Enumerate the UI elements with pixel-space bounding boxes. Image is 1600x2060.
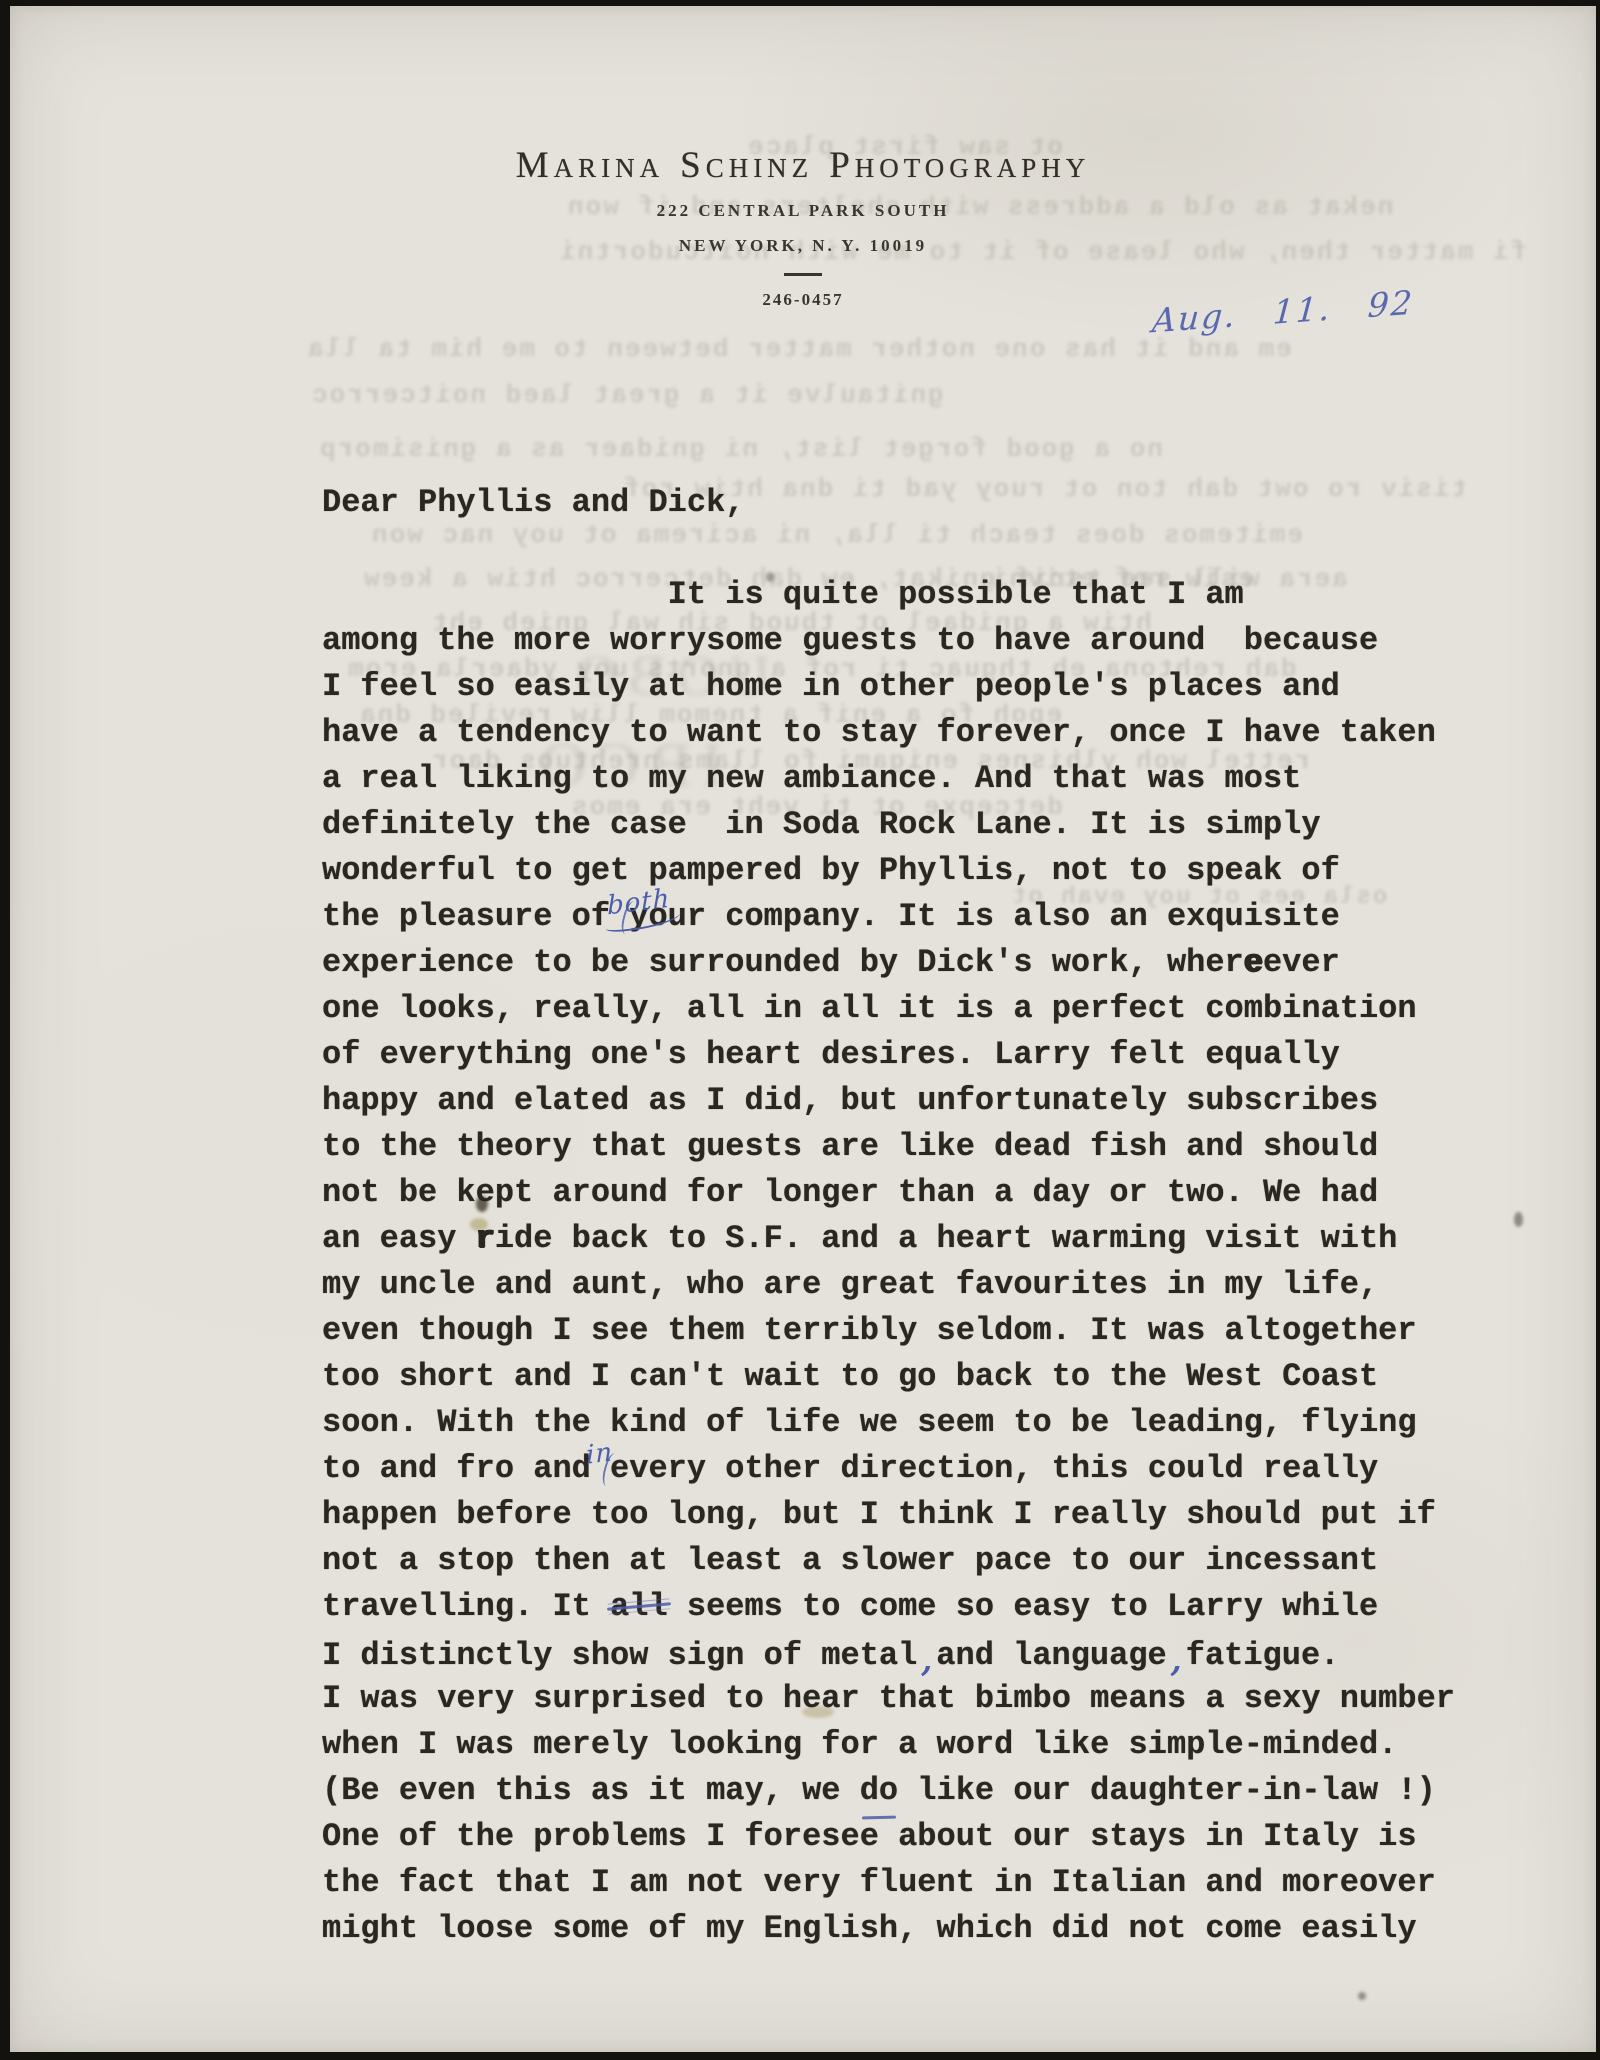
letter-line: to and fro and inevery other direction, … <box>322 1446 1552 1492</box>
typed-text: might loose some of my English, which di… <box>322 1910 1417 1947</box>
letterhead-divider <box>784 273 822 276</box>
letterhead-address-line1: 222 CENTRAL PARK SOUTH <box>10 201 1596 221</box>
letter-line: an easy ride back to S.F. and a heart wa… <box>322 1216 1552 1262</box>
letter-page: ot saw first placenekat as old a address… <box>10 6 1596 2052</box>
letter-line: I distinctly show sign of metal,and lang… <box>322 1630 1552 1676</box>
typed-text: and language <box>936 1637 1166 1674</box>
letterhead: MarinaSchinzPhotography 222 CENTRAL PARK… <box>10 144 1596 310</box>
letter-line: have a tendency to want to stay forever,… <box>322 710 1552 756</box>
underlined-word: do <box>860 1768 898 1814</box>
letter-line: definitely the case in Soda Rock Lane. I… <box>322 802 1552 848</box>
overstruck-char: e <box>1244 944 1263 981</box>
letter-line: (Be even this as it may, we do like our … <box>322 1768 1552 1814</box>
letter-line: my uncle and aunt, who are great favouri… <box>322 1262 1552 1308</box>
typed-text: among the more worrysome guests to have … <box>322 622 1378 659</box>
typed-text: like our daughter-in-law !) <box>898 1772 1436 1809</box>
letter-line: soon. With the kind of life we seem to b… <box>322 1400 1552 1446</box>
typed-text: soon. With the kind of life we seem to b… <box>322 1404 1417 1441</box>
handwritten-insertion: in <box>586 1429 614 1479</box>
letter-line: travelling. It all seems to come so easy… <box>322 1584 1552 1630</box>
typed-text: a real liking to my new ambiance. And th… <box>322 760 1301 797</box>
letterhead-address-line2: NEW YORK, N. Y. 10019 <box>10 236 1596 256</box>
typed-text: not a stop then at least a slower pace t… <box>322 1542 1378 1579</box>
letter-line: of everything one's heart desires. Larry… <box>322 1032 1552 1078</box>
overstruck-char: r <box>476 1220 495 1257</box>
bleed-through-line: tisiv ro owt dah ton ot ruoy yad ti dna … <box>622 474 1467 504</box>
letter-line: even though I see them terribly seldom. … <box>322 1308 1552 1354</box>
letterhead-title-word: Schinz <box>680 144 813 187</box>
letter-line: when I was merely looking for a word lik… <box>322 1722 1552 1768</box>
typed-text: seems to come so easy to Larry while <box>668 1588 1379 1625</box>
letter-line: the pleasure of bothyour company. It is … <box>322 894 1552 940</box>
letter-line: I feel so easily at home in other people… <box>322 664 1552 710</box>
typed-text: I was very surprised to hear that bimbo … <box>322 1680 1455 1717</box>
typed-text: I feel so easily at home in other people… <box>322 668 1340 705</box>
typed-text: have a tendency to want to stay forever,… <box>322 714 1436 751</box>
salutation: Dear Phyllis and Dick, <box>322 484 744 521</box>
typed-text: I distinctly show sign of metal <box>322 1637 917 1674</box>
typed-text: ide back to S.F. and a heart warming vis… <box>495 1220 1398 1257</box>
typed-text: even though I see them terribly seldom. … <box>322 1312 1417 1349</box>
typed-text: the fact that I am not very fluent in It… <box>322 1864 1436 1901</box>
bleed-through-line: no a good forget list, ni gnidaer as a g… <box>318 434 1163 464</box>
letter-line: not a stop then at least a slower pace t… <box>322 1538 1552 1584</box>
typed-text: happy and elated as I did, but unfortuna… <box>322 1082 1378 1119</box>
letter-line: too short and I can't wait to go back to… <box>322 1354 1552 1400</box>
letter-body: It is quite possible that I amamong the … <box>322 572 1552 1952</box>
letter-line: wonderful to get pampered by Phyllis, no… <box>322 848 1552 894</box>
letter-line: happen before too long, but I think I re… <box>322 1492 1552 1538</box>
typed-text: definitely the case in Soda Rock Lane. I… <box>322 806 1321 843</box>
letter-line: the fact that I am not very fluent in It… <box>322 1860 1552 1906</box>
typed-text: One of the problems I foresee about our … <box>322 1818 1417 1855</box>
letter-line: It is quite possible that I am <box>322 572 1552 618</box>
letter-line: not be kept around for longer than a day… <box>322 1170 1552 1216</box>
typed-text: (Be even this as it may, we <box>322 1772 860 1809</box>
typed-text: experience to be surrounded by Dick's wo… <box>322 944 1244 981</box>
typed-text: not be kept around for longer than a day… <box>322 1174 1378 1211</box>
struck-out-word: all <box>610 1584 668 1630</box>
letter-line: among the more worrysome guests to have … <box>322 618 1552 664</box>
letterhead-title-word: Photography <box>829 144 1090 187</box>
typed-text: travelling. It <box>322 1588 610 1625</box>
typed-text: fatigue. <box>1186 1637 1340 1674</box>
scan-border: ot saw first placenekat as old a address… <box>0 0 1600 2060</box>
letter-line: experience to be surrounded by Dick's wo… <box>322 940 1552 986</box>
bleed-through-line: gnitaulve it a great laed noitcerroc <box>310 380 944 410</box>
typed-text: one looks, really, all in all it is a pe… <box>322 990 1417 1027</box>
typed-text: when I was merely looking for a word lik… <box>322 1726 1397 1763</box>
typed-text: an easy <box>322 1220 476 1257</box>
letter-line: happy and elated as I did, but unfortuna… <box>322 1078 1552 1124</box>
typed-text: the pleasure of <box>322 898 629 935</box>
letter-line: to the theory that guests are like dead … <box>322 1124 1552 1170</box>
letterhead-title: MarinaSchinzPhotography <box>10 144 1596 187</box>
typed-text: every other direction, this could really <box>610 1450 1378 1487</box>
typed-text: of everything one's heart desires. Larry… <box>322 1036 1340 1073</box>
handwritten-comma: , <box>1167 1637 1186 1683</box>
typed-text: my uncle and aunt, who are great favouri… <box>322 1266 1378 1303</box>
typed-text: your company. It is also an exquisite <box>629 898 1340 935</box>
letter-line: a real liking to my new ambiance. And th… <box>322 756 1552 802</box>
typed-text: It is quite possible that I am <box>322 576 1244 613</box>
typed-text: too short and I can't wait to go back to… <box>322 1358 1378 1395</box>
handwritten-comma: , <box>917 1637 936 1683</box>
ink-smudge <box>1358 1992 1366 2000</box>
typed-text: happen before too long, but I think I re… <box>322 1496 1436 1533</box>
typed-text: wonderful to get pampered by Phyllis, no… <box>322 852 1340 889</box>
typed-text: to the theory that guests are like dead … <box>322 1128 1378 1165</box>
letterhead-title-word: Marina <box>516 144 664 187</box>
bleed-through-line: em and it has one nother matter between … <box>306 334 1292 364</box>
bleed-through-line: emitemos does teach ti lla, ni acirema o… <box>370 520 1303 550</box>
letter-line: might loose some of my English, which di… <box>322 1906 1552 1952</box>
letter-line: One of the problems I foresee about our … <box>322 1814 1552 1860</box>
letter-line: I was very surprised to hear that bimbo … <box>322 1676 1552 1722</box>
typed-text: to and fro and <box>322 1450 610 1487</box>
letter-line: one looks, really, all in all it is a pe… <box>322 986 1552 1032</box>
typed-text: ever <box>1263 944 1340 981</box>
